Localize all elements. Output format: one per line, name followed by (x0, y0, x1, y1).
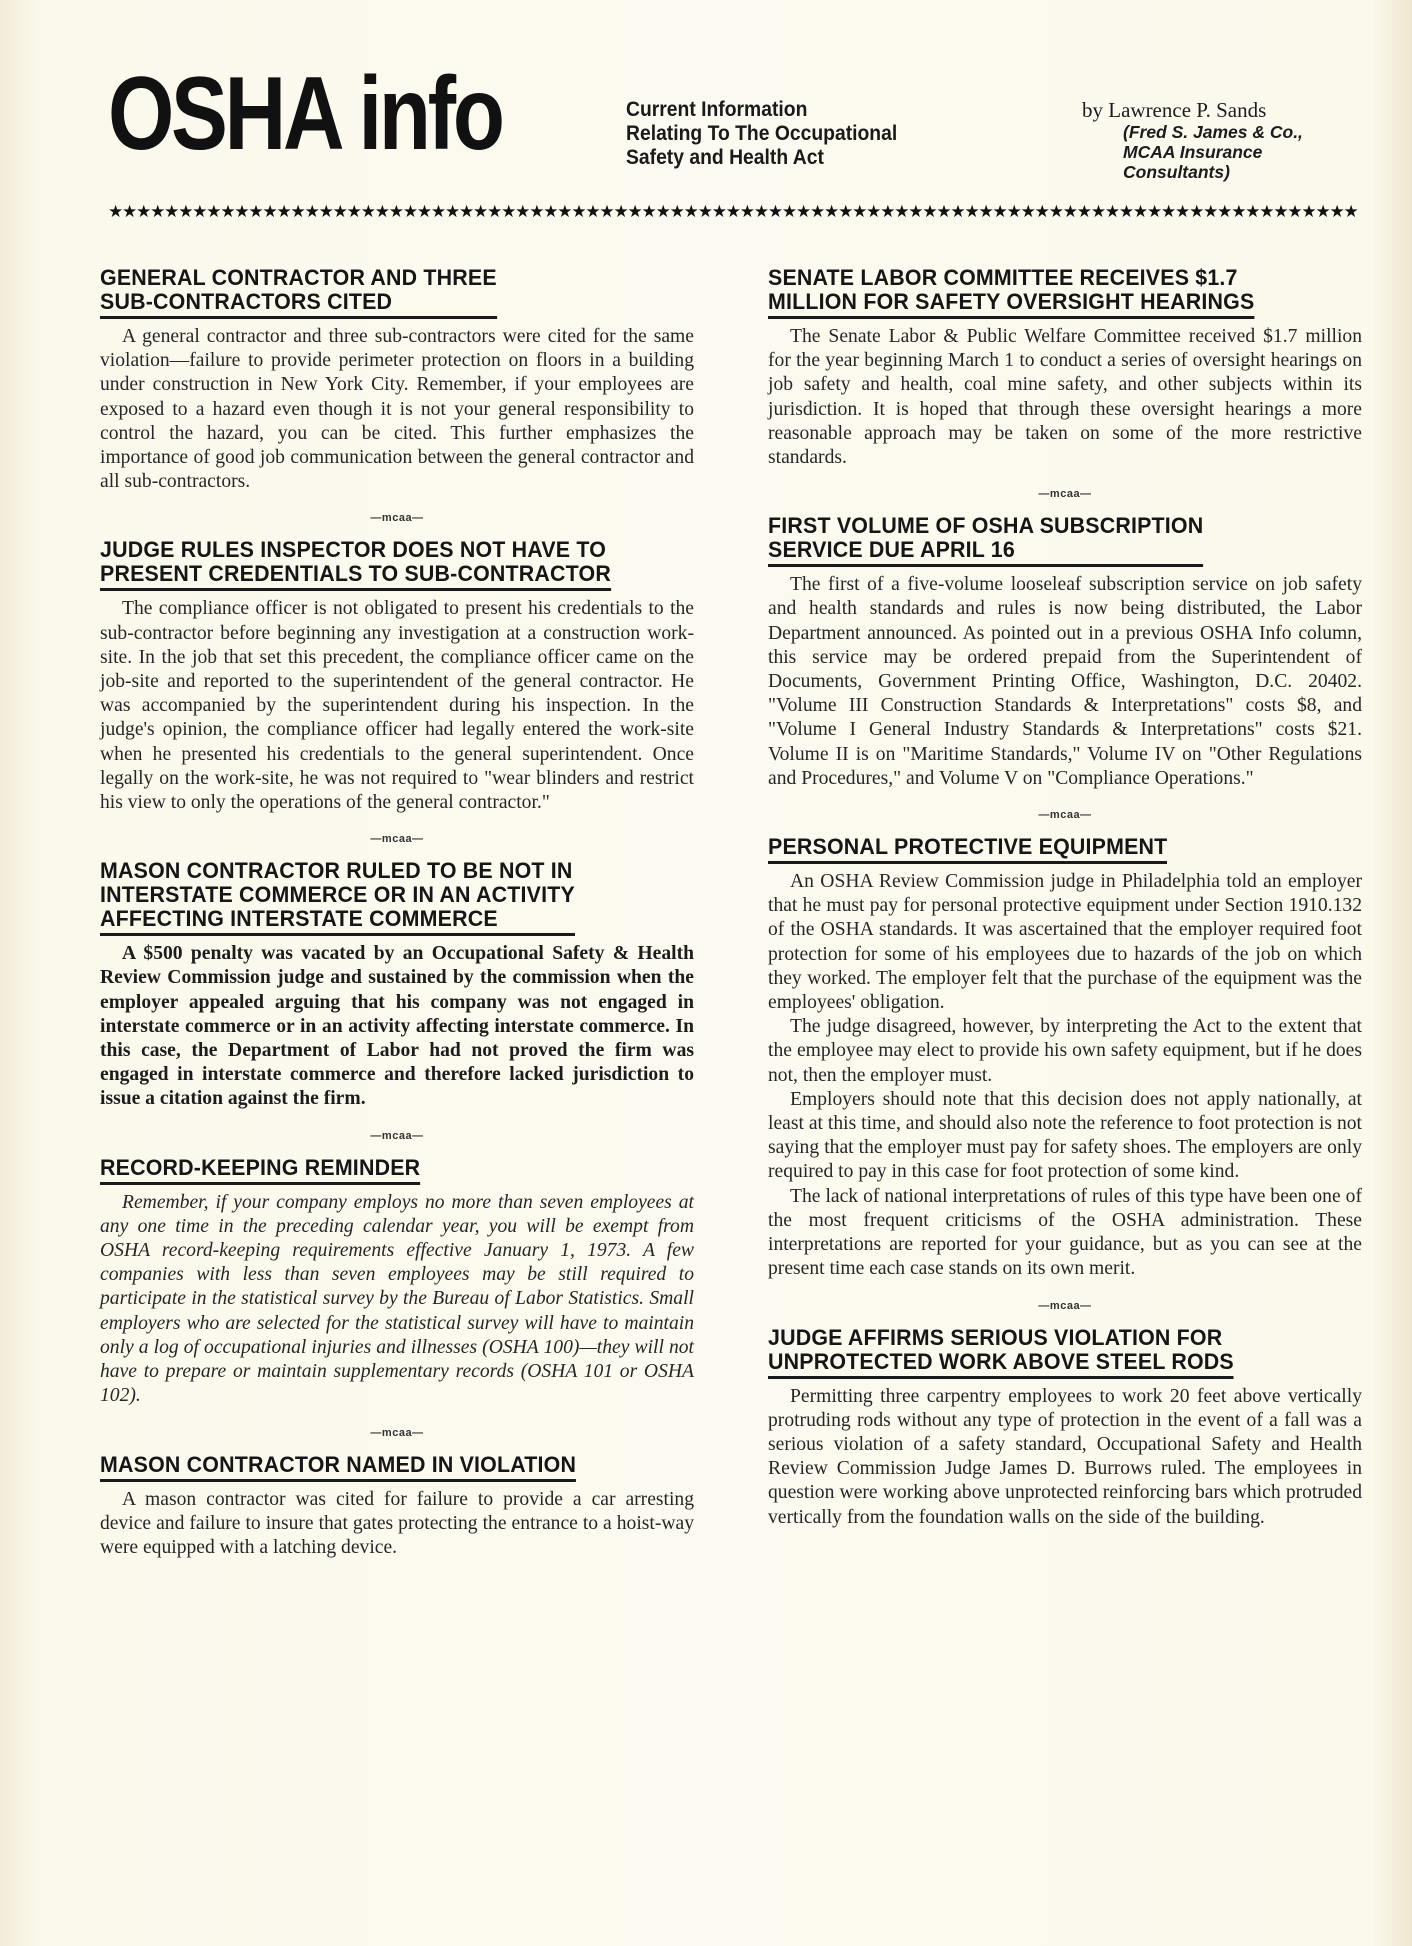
article-mason-contractor-named-in-violation: MASON CONTRACTOR NAMED IN VIOLATIONA mas… (100, 1453, 694, 1561)
article-headline: JUDGE AFFIRMS SERIOUS VIOLATION FORUNPRO… (768, 1326, 1234, 1379)
headline-line: PRESENT CREDENTIALS TO SUB-CONTRACTOR (100, 562, 611, 586)
headline-line: FIRST VOLUME OF OSHA SUBSCRIPTION (768, 514, 1203, 538)
headline-line: RECORD-KEEPING REMINDER (100, 1156, 420, 1180)
article-mason-contractor-ruled-to-be-not-in-interstate-c: MASON CONTRACTOR RULED TO BE NOT ININTER… (100, 859, 694, 1111)
article-paragraph: The judge disagreed, however, by interpr… (768, 1015, 1362, 1088)
headline-line: SUB-CONTRACTORS CITED (100, 290, 497, 314)
article-body: A general contractor and three sub-contr… (100, 325, 694, 494)
publication-subtitle: Current Information Relating To The Occu… (626, 98, 897, 170)
article-body: The compliance officer is not obligated … (100, 597, 694, 815)
article-paragraph: An OSHA Review Commission judge in Phila… (768, 870, 1362, 1015)
article-headline: PERSONAL PROTECTIVE EQUIPMENT (768, 835, 1167, 864)
article-paragraph: The Senate Labor & Public Welfare Commit… (768, 325, 1362, 470)
article-body: The Senate Labor & Public Welfare Commit… (768, 325, 1362, 470)
article-paragraph: Employers should note that this decision… (768, 1088, 1362, 1185)
article-headline: MASON CONTRACTOR NAMED IN VIOLATION (100, 1453, 576, 1482)
subtitle-line: Relating To The Occupational (626, 122, 897, 146)
article-body: An OSHA Review Commission judge in Phila… (768, 870, 1362, 1281)
mcaa-separator: —mcaa— (100, 1427, 694, 1439)
headline-line: PERSONAL PROTECTIVE EQUIPMENT (768, 835, 1167, 859)
mcaa-separator: —mcaa— (100, 1130, 694, 1142)
left-column: GENERAL CONTRACTOR AND THREESUB-CONTRACT… (100, 266, 694, 1560)
headline-line: AFFECTING INTERSTATE COMMERCE (100, 907, 575, 931)
article-paragraph: A mason contractor was cited for failure… (100, 1488, 694, 1561)
article-paragraph: A $500 penalty was vacated by an Occupat… (100, 942, 694, 1111)
mcaa-separator: —mcaa— (100, 512, 694, 524)
article-paragraph: Remember, if your company employs no mor… (100, 1191, 694, 1409)
article-body: Remember, if your company employs no mor… (100, 1191, 694, 1409)
article-judge-affirms-serious-violation-for-unprotected-: JUDGE AFFIRMS SERIOUS VIOLATION FORUNPRO… (768, 1326, 1362, 1530)
article-body: A mason contractor was cited for failure… (100, 1488, 694, 1561)
article-body: The first of a five-volume looseleaf sub… (768, 573, 1362, 791)
headline-line: SERVICE DUE APRIL 16 (768, 538, 1203, 562)
article-paragraph: The first of a five-volume looseleaf sub… (768, 573, 1362, 791)
headline-line: MILLION FOR SAFETY OVERSIGHT HEARINGS (768, 290, 1254, 314)
article-headline: FIRST VOLUME OF OSHA SUBSCRIPTIONSERVICE… (768, 514, 1203, 567)
article-headline: RECORD-KEEPING REMINDER (100, 1156, 420, 1185)
publication-logo: OSHA info (108, 62, 502, 166)
affiliation-line: Consultants) (1123, 162, 1303, 182)
article-body: A $500 penalty was vacated by an Occupat… (100, 942, 694, 1111)
right-column: SENATE LABOR COMMITTEE RECEIVES $1.7MILL… (768, 266, 1362, 1530)
article-headline: GENERAL CONTRACTOR AND THREESUB-CONTRACT… (100, 266, 497, 319)
article-senate-labor-committee-receives-1-7-million-for-: SENATE LABOR COMMITTEE RECEIVES $1.7MILL… (768, 266, 1362, 470)
article-record-keeping-reminder: RECORD-KEEPING REMINDERRemember, if your… (100, 1156, 694, 1409)
headline-line: GENERAL CONTRACTOR AND THREE (100, 266, 497, 290)
subtitle-line: Safety and Health Act (626, 146, 897, 170)
article-headline: SENATE LABOR COMMITTEE RECEIVES $1.7MILL… (768, 266, 1254, 319)
headline-line: INTERSTATE COMMERCE OR IN AN ACTIVITY (100, 883, 575, 907)
mcaa-separator: —mcaa— (100, 833, 694, 845)
headline-line: JUDGE RULES INSPECTOR DOES NOT HAVE TO (100, 538, 611, 562)
affiliation-line: MCAA Insurance (1123, 142, 1303, 162)
author-byline: by Lawrence P. Sands (1082, 98, 1266, 122)
article-paragraph: Permitting three carpentry employees to … (768, 1385, 1362, 1530)
headline-line: MASON CONTRACTOR RULED TO BE NOT IN (100, 859, 575, 883)
star-divider: ★★★★★★★★★★★★★★★★★★★★★★★★★★★★★★★★★★★★★★★★… (108, 203, 1368, 221)
subtitle-line: Current Information (626, 98, 897, 122)
article-paragraph: The compliance officer is not obligated … (100, 597, 694, 815)
article-judge-rules-inspector-does-not-have-to-present-c: JUDGE RULES INSPECTOR DOES NOT HAVE TOPR… (100, 538, 694, 815)
mcaa-separator: —mcaa— (768, 1300, 1362, 1312)
article-first-volume-of-osha-subscription-service-due-ap: FIRST VOLUME OF OSHA SUBSCRIPTIONSERVICE… (768, 514, 1362, 791)
masthead: OSHA info Current Information Relating T… (108, 52, 1358, 172)
article-personal-protective-equipment: PERSONAL PROTECTIVE EQUIPMENTAn OSHA Rev… (768, 835, 1362, 1281)
headline-line: SENATE LABOR COMMITTEE RECEIVES $1.7 (768, 266, 1254, 290)
headline-line: UNPROTECTED WORK ABOVE STEEL RODS (768, 1350, 1234, 1374)
article-headline: JUDGE RULES INSPECTOR DOES NOT HAVE TOPR… (100, 538, 611, 591)
author-affiliation: (Fred S. James & Co., MCAA Insurance Con… (1123, 122, 1303, 182)
headline-line: MASON CONTRACTOR NAMED IN VIOLATION (100, 1453, 576, 1477)
affiliation-line: (Fred S. James & Co., (1123, 122, 1303, 142)
article-body: Permitting three carpentry employees to … (768, 1385, 1362, 1530)
article-headline: MASON CONTRACTOR RULED TO BE NOT ININTER… (100, 859, 575, 936)
headline-line: JUDGE AFFIRMS SERIOUS VIOLATION FOR (768, 1326, 1234, 1350)
article-general-contractor-and-three-sub-contractors-cit: GENERAL CONTRACTOR AND THREESUB-CONTRACT… (100, 266, 694, 494)
mcaa-separator: —mcaa— (768, 488, 1362, 500)
article-paragraph: The lack of national interpretations of … (768, 1185, 1362, 1282)
mcaa-separator: —mcaa— (768, 809, 1362, 821)
article-paragraph: A general contractor and three sub-contr… (100, 325, 694, 494)
